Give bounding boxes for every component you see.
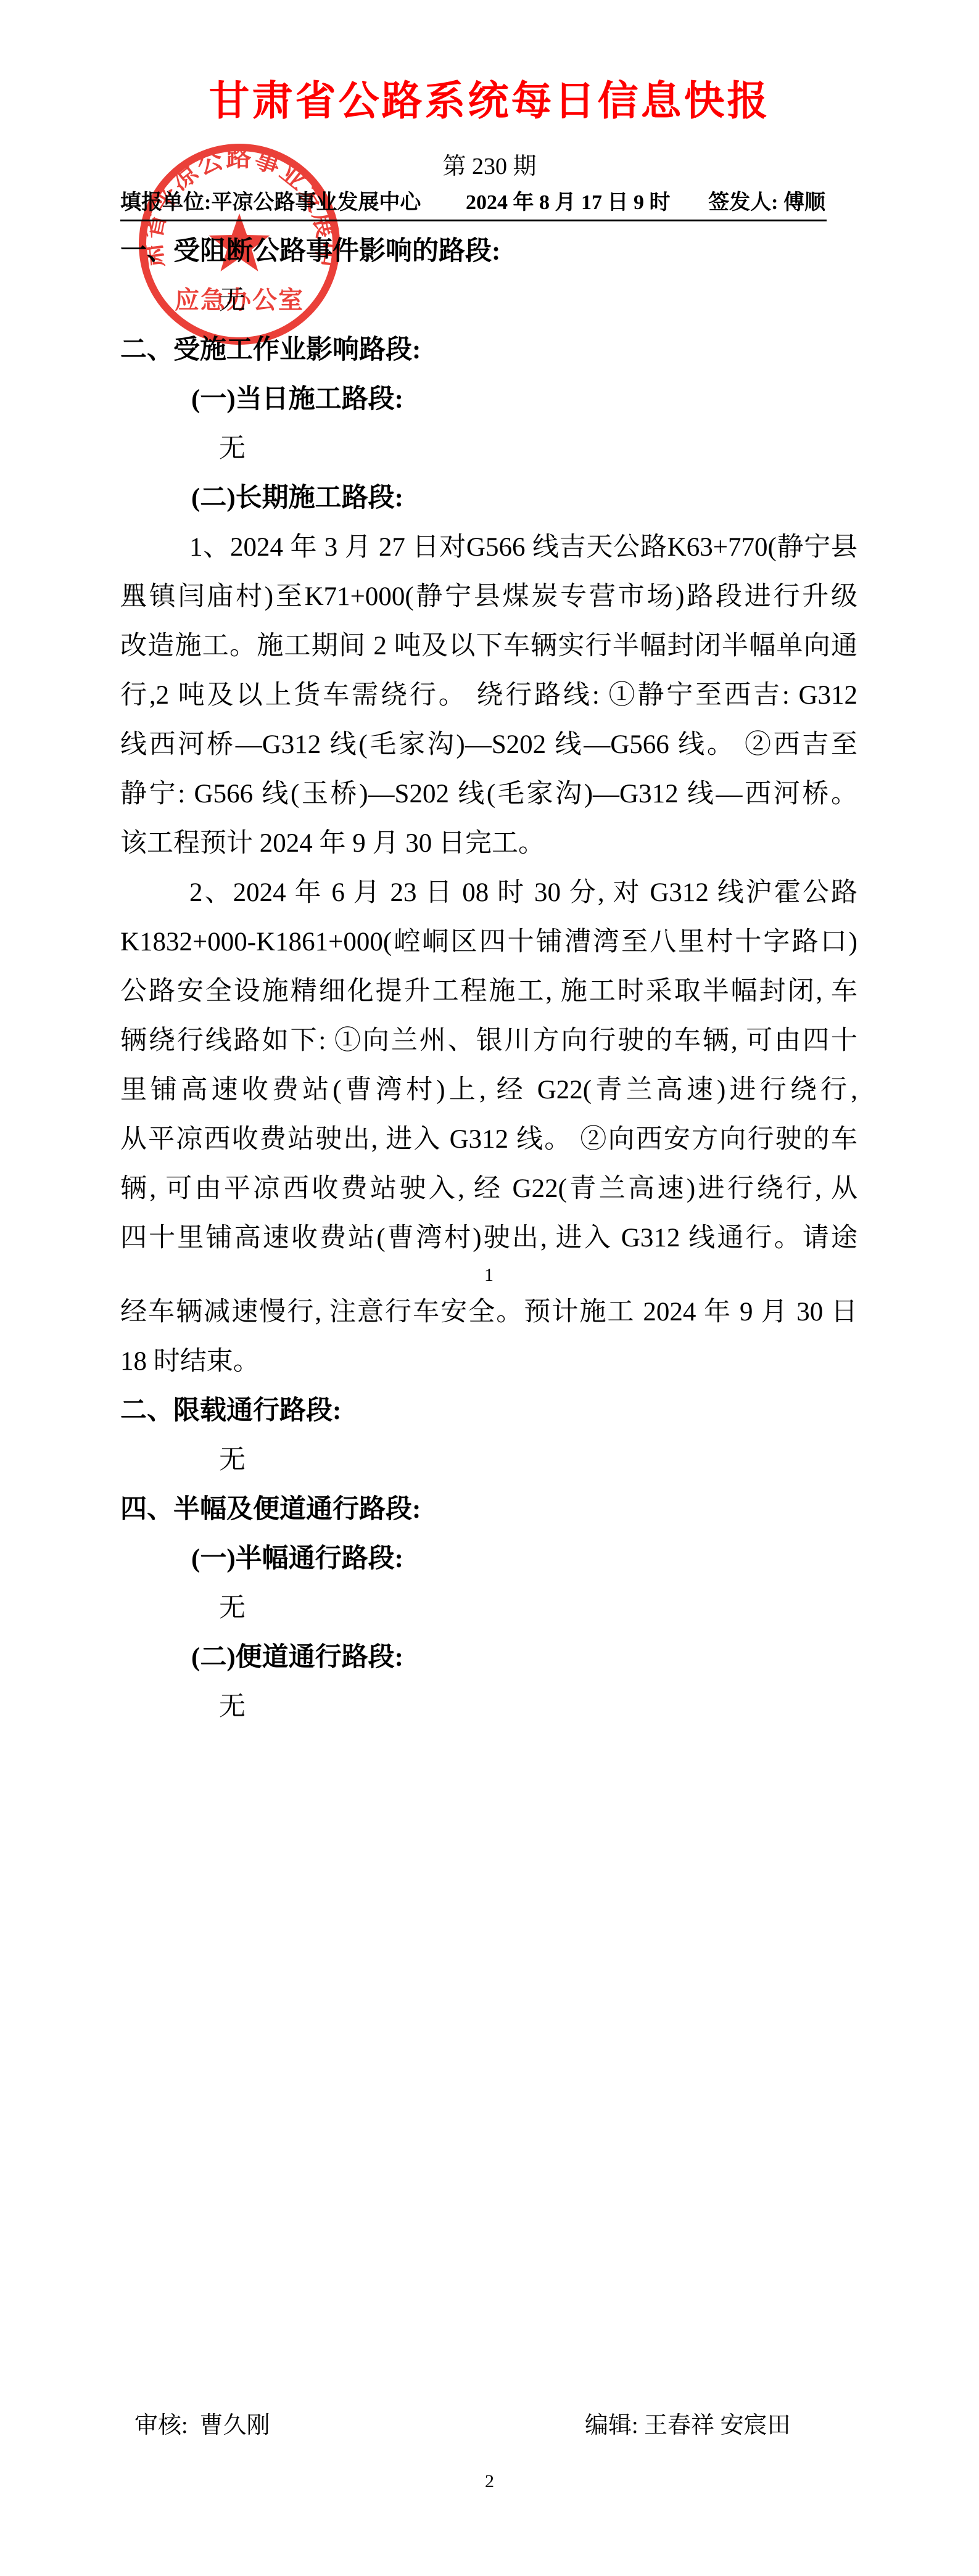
header-info-line: 填报单位:平凉公路事业发展中心 2024 年 8 月 17 日 9 时 签发人:…	[120, 187, 827, 221]
body-line: 经车辆减速慢行, 注意行车安全。预计施工 2024 年 9 月 30 日	[120, 1288, 857, 1337]
body-line: (二)长期施工路段:	[120, 474, 857, 523]
body-line: (一)当日施工路段:	[120, 375, 857, 424]
body-line: 该工程预计 2024 年 9 月 30 日完工。	[120, 819, 857, 868]
body-line: 静宁: G566 线(玉桥)—S202 线(毛家沟)—G312 线—西河桥。	[120, 770, 857, 819]
body-line: 四、半幅及便道通行路段:	[120, 1485, 857, 1534]
body-line: K1832+000-K1861+000(崆峒区四十铺漕湾至八里村十字路口)	[120, 918, 857, 967]
body-line: 1、2024 年 3 月 27 日对G566 线吉天公路K63+770(静宁县八	[120, 523, 857, 572]
body-line: 无	[120, 1436, 857, 1485]
body-line: 公路安全设施精细化提升工程施工, 施工时采取半幅封闭, 车	[120, 967, 857, 1016]
body-line: 二、受施工作业影响路段:	[120, 326, 857, 375]
body-line: (二)便道通行路段:	[120, 1633, 857, 1682]
document-page: { "doc": { "title": "甘肃省公路系统每日信息快报", "is…	[0, 0, 979, 2576]
report-unit: 填报单位:平凉公路事业发展中心	[120, 187, 421, 218]
body-line: (一)半幅通行路段:	[120, 1534, 857, 1584]
body-line: 线西河桥—G312 线(毛家沟)—S202 线—G566 线。 ②西吉至	[120, 720, 857, 770]
body-line: 从平凉西收费站驶出, 进入 G312 线。 ②向西安方向行驶的车	[120, 1115, 857, 1164]
body-line: 18 时结束。	[120, 1337, 857, 1386]
body-line: 无	[120, 276, 857, 326]
body-line: 改造施工。施工期间 2 吨及以下车辆实行半幅封闭半幅单向通	[120, 622, 857, 671]
page-2-number: 2	[0, 2468, 979, 2495]
body-line: 二、限载通行路段:	[120, 1386, 857, 1436]
body-line: 2、2024 年 6 月 23 日 08 时 30 分, 对 G312 线沪霍公…	[120, 868, 857, 918]
body-line: 辆, 可由平凉西收费站驶入, 经 G22(青兰高速)进行绕行, 从	[120, 1164, 857, 1214]
body-line: 四十里铺高速收费站(曹湾村)驶出, 进入 G312 线通行。请途	[120, 1214, 857, 1263]
issue-number: 第 230 期	[0, 149, 979, 184]
body-line: 一、受阻断公路事件影响的路段:	[120, 227, 857, 276]
page-1-number: 1	[120, 1263, 857, 1288]
body-line: 里镇闫庙村)至K71+000(静宁县煤炭专营市场)路段进行升级	[120, 572, 857, 622]
doc-title: 甘肃省公路系统每日信息快报	[0, 75, 979, 128]
body-line: 行,2 吨及以上货车需绕行。 绕行路线: ①静宁至西吉: G312	[120, 671, 857, 720]
reviewer: 审核: 曹久刚	[134, 2410, 270, 2441]
body-line: 无	[120, 1682, 857, 1732]
issuer: 签发人: 傅顺	[708, 187, 825, 218]
body-line: 里铺高速收费站(曹湾村)上, 经 G22(青兰高速)进行绕行,	[120, 1066, 857, 1115]
editors: 编辑: 王春祥 安宸田	[585, 2410, 791, 2441]
body-line: 辆绕行线路如下: ①向兰州、银川方向行驶的车辆, 可由四十	[120, 1016, 857, 1066]
document-body: 一、受阻断公路事件影响的路段:无二、受施工作业影响路段:(一)当日施工路段:无(…	[120, 227, 857, 1732]
body-line: 无	[120, 424, 857, 474]
body-line: 无	[120, 1584, 857, 1633]
report-datetime: 2024 年 8 月 17 日 9 时	[466, 187, 671, 218]
